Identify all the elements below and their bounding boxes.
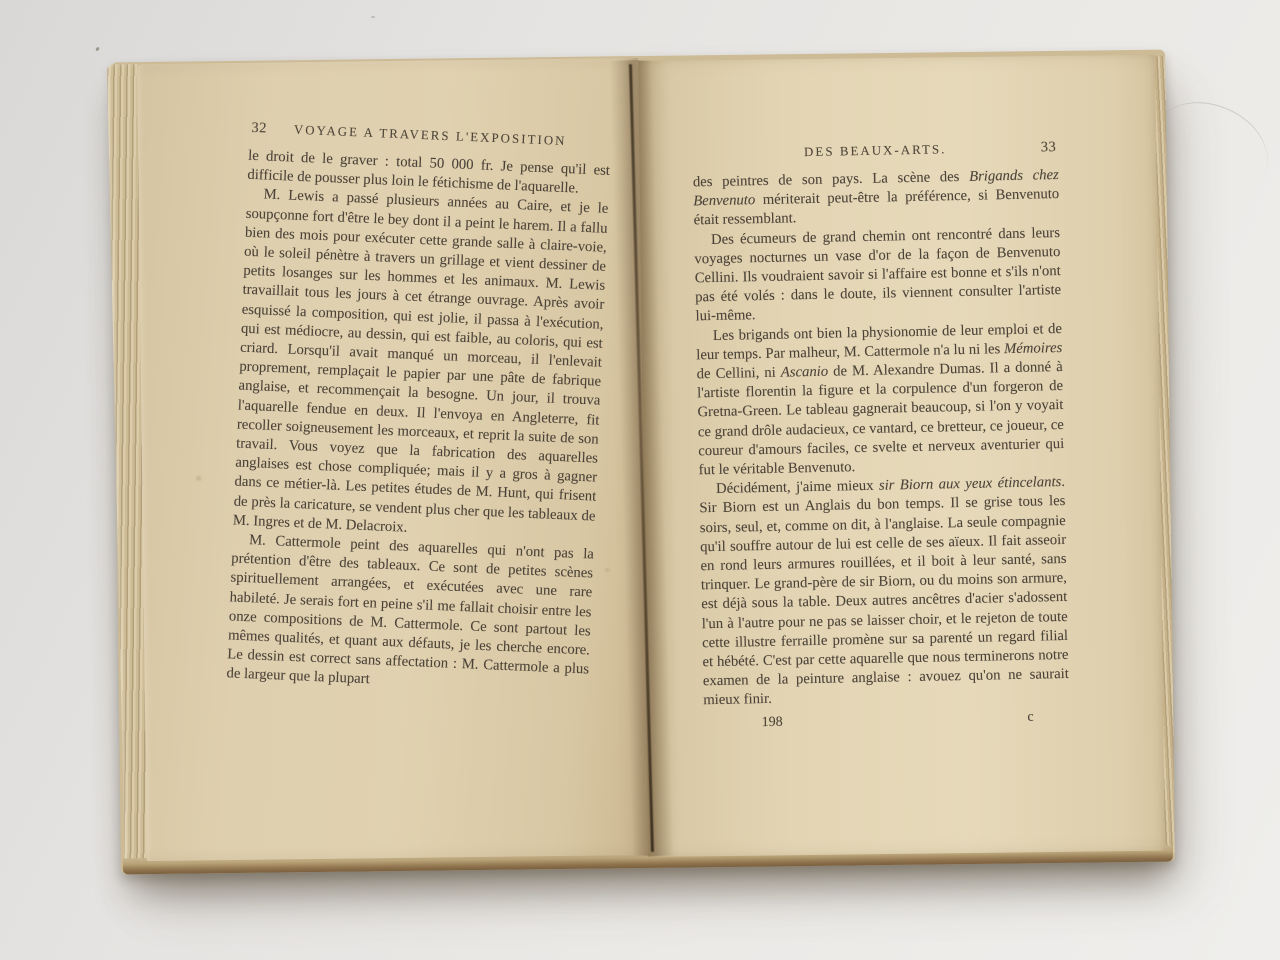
paragraph: des peintres de son pays. La scène des B… — [693, 166, 1060, 231]
open-book: 32 VOYAGE A TRAVERS L'EXPOSITION le droi… — [111, 50, 1175, 875]
signature-mark: c — [1027, 707, 1034, 726]
dust-speck — [371, 16, 375, 18]
footer-number: 198 — [762, 712, 783, 732]
paper-blemish — [196, 476, 201, 480]
photo-background: 32 VOYAGE A TRAVERS L'EXPOSITION le droi… — [0, 0, 1280, 960]
paper-blemish — [605, 568, 609, 571]
left-page-number: 32 — [251, 119, 267, 139]
paragraph: Des écumeurs de grand chemin ont rencont… — [694, 224, 1062, 327]
paragraph: Les brigands ont bien la physionomie de … — [696, 320, 1065, 481]
right-page-body: des peintres de son pays. La scène des B… — [693, 166, 1070, 711]
paragraph: Décidément, j'aime mieux sir Biorn aux y… — [699, 473, 1070, 711]
left-page-text: 32 VOYAGE A TRAVERS L'EXPOSITION le droi… — [226, 119, 611, 699]
right-page-text: DES BEAUX-ARTS. 33 des peintres de son p… — [692, 138, 1070, 733]
paragraph: M. Lewis a passé plusieurs années au Cai… — [233, 185, 609, 546]
paragraph: M. Cattermole peint des aquarelles qui n… — [226, 530, 594, 699]
dust-speck — [95, 47, 100, 52]
left-page-body: le droit de le graver : total 50 000 fr.… — [226, 147, 610, 699]
right-page-number: 33 — [1041, 138, 1057, 158]
